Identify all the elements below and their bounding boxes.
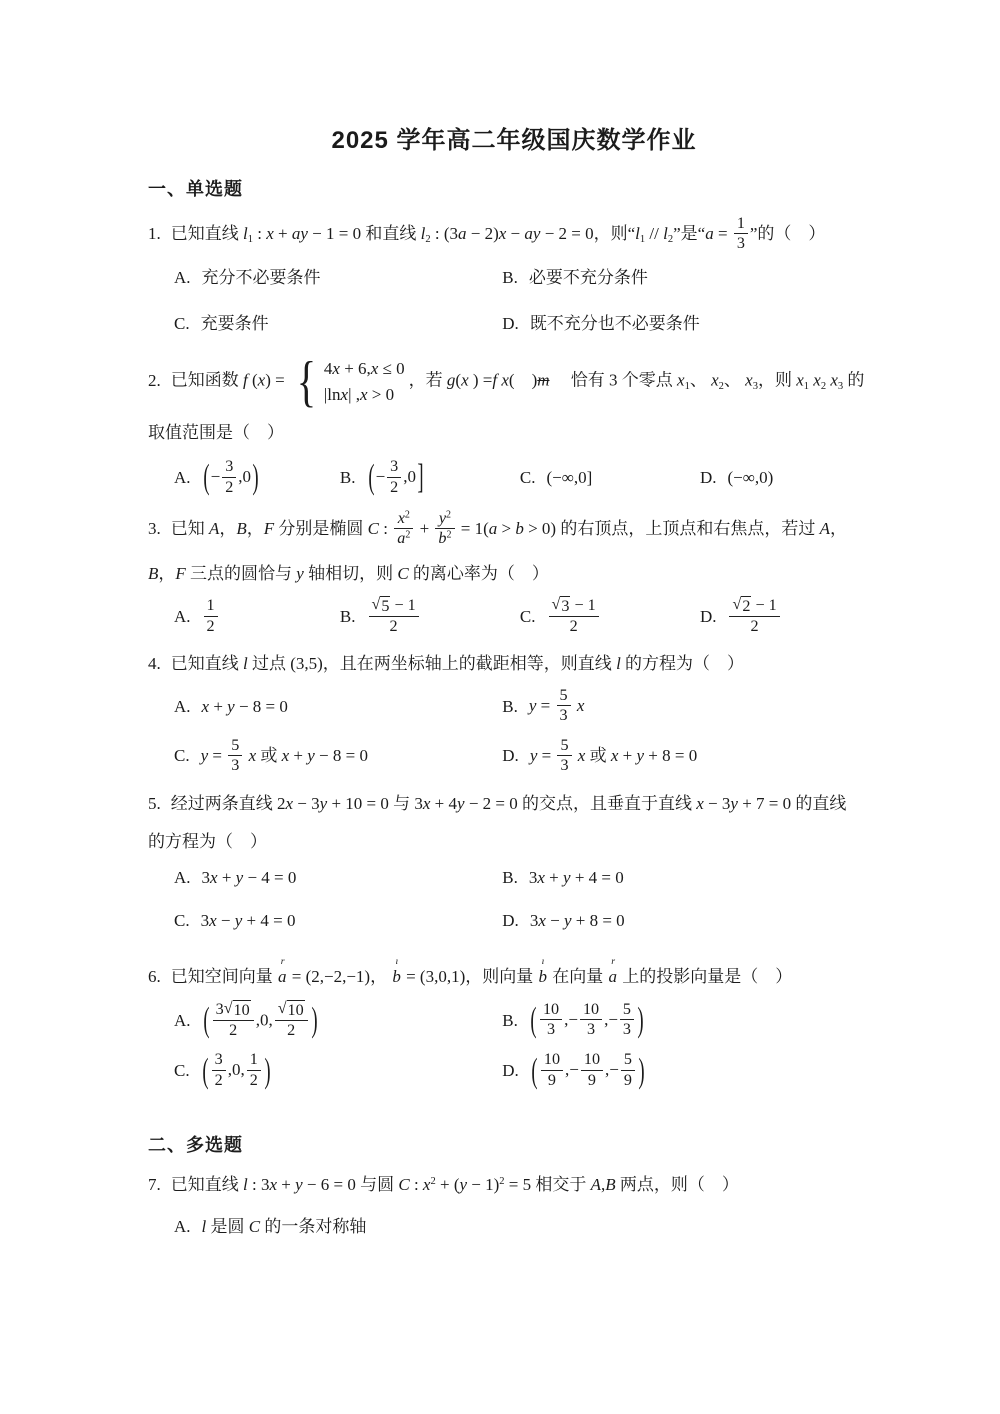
options-group: A.x + y − 8 = 0B.y = 53 xC.y = 53 x 或 x … [148,687,880,777]
option-label: C. [520,604,536,630]
option-content: 3x − y + 4 = 0 [201,908,296,934]
questions-container: 一、单选题1.已知直线 l1 : x + ay − 1 = 0 和直线 l2 :… [148,175,880,1241]
question-stem: 6.已知空间向量 ra = (2,−2,−1)， ıb = (3,0,1)，则向… [148,954,880,990]
fraction: 109 [581,1050,603,1090]
option-label: D. [700,465,717,491]
section-heading-2: 二、多选题 [148,1131,880,1157]
fraction: √102 [275,1000,308,1041]
option-label: D. [700,604,717,630]
question-stem: 2.已知函数 f (x) = {4x + 6,x ≤ 0|lnx| ,x > 0… [148,357,880,407]
radical: √3 [552,596,571,616]
option-content: x + y − 8 = 0 [202,694,288,720]
fraction: 12 [247,1050,261,1090]
fraction: y2b2 [435,509,454,549]
question-stem: 7.已知直线 l : 3x + y − 6 = 0 与圆 C : x2 + (y… [148,1171,880,1198]
options-group: A.3x + y − 4 = 0B.3x + y + 4 = 0C.3x − y… [148,865,880,935]
piecewise-brace: {4x + 6,x ≤ 0|lnx| ,x > 0 [293,357,405,407]
option-content: 12 [202,597,220,637]
options-group: A.12B.√5 − 12C.√3 − 12D.√2 − 12 [148,597,880,638]
option-C: C.(32,0,12) [174,1051,502,1091]
option-A: A.3x + y − 4 = 0 [174,865,502,891]
option-D: D.y = 53 x 或 x + y + 8 = 0 [502,737,880,777]
option-B: B.3x + y + 4 = 0 [502,865,880,891]
vector-arrow: ra [278,963,287,990]
option-A: A.x + y − 8 = 0 [174,694,502,720]
question-q4: 4.已知直线 l 过点 (3,5)，且在两坐标轴上的截距相等，则直线 l 的方程… [148,650,880,777]
fraction: √2 − 12 [729,596,779,637]
fraction: 12 [204,596,218,636]
question-stem: 4.已知直线 l 过点 (3,5)，且在两坐标轴上的截距相等，则直线 l 的方程… [148,650,880,677]
option-label: A. [174,1214,191,1240]
option-label: C. [174,908,190,934]
option-A: A.(3√102,0,√102) [174,1001,502,1042]
option-label: C. [174,743,190,769]
option-label: A. [174,1008,191,1034]
option-C: C.(−∞,0] [520,465,700,491]
question-stem: 取值范围是（ ） [148,419,880,446]
question-stem: 1.已知直线 l1 : x + ay − 1 = 0 和直线 l2 : (3a … [148,215,880,255]
options-group: A.(3√102,0,√102)B.(103,−103,−53)C.(32,0,… [148,1001,880,1092]
option-label: A. [174,465,191,491]
question-number: 6. [148,967,161,986]
question-number: 2. [148,371,161,390]
radical: √5 [372,596,391,616]
option-content: y = 53 x 或 x + y − 8 = 0 [201,737,368,777]
option-content: (−32,0) [202,458,261,498]
option-D: D.(109,−109,−59) [502,1051,880,1091]
option-A: A.l 是圆 C 的一条对称轴 [174,1214,880,1240]
option-content: √3 − 12 [547,597,601,638]
option-content: (−∞,0) [727,465,773,491]
option-label: D. [502,743,519,769]
fraction: 109 [541,1050,563,1090]
option-B: B.必要不充分条件 [502,265,880,291]
fraction: 103 [540,1000,562,1040]
vector-arrow: ra [609,963,618,990]
option-D: D.√2 − 12 [700,597,880,638]
question-number: 1. [148,224,161,243]
option-B: B.y = 53 x [502,687,880,727]
option-label: B. [340,465,356,491]
question-stem: B，F 三点的圆恰与 y 轴相切，则 C 的离心率为（ ） [148,560,880,587]
option-content: y = 53 x 或 x + y + 8 = 0 [530,737,697,777]
options-group: A.(−32,0)B.(−32,0]C.(−∞,0]D.(−∞,0) [148,458,880,498]
fraction: √3 − 12 [549,596,599,637]
option-label: A. [174,265,191,291]
option-label: D. [502,908,519,934]
option-C: C.3x − y + 4 = 0 [174,908,502,934]
option-content: (109,−109,−59) [530,1051,646,1091]
options-group: A.充分不必要条件B.必要不充分条件C.充要条件D.既不充分也不必要条件 [148,265,880,338]
fraction: 53 [620,1000,634,1040]
fraction: 59 [621,1050,635,1090]
question-q5: 5.经过两条直线 2x − 3y + 10 = 0 与 3x + 4y − 2 … [148,790,880,934]
fraction: 53 [557,736,571,776]
option-label: D. [502,1058,519,1084]
option-D: D.3x − y + 8 = 0 [502,908,880,934]
vector-arrow: ıb [392,963,401,990]
option-label: D. [502,311,519,337]
option-label: A. [174,694,191,720]
question-q6: 6.已知空间向量 ra = (2,−2,−1)， ıb = (3,0,1)，则向… [148,954,880,1091]
question-q1: 1.已知直线 l1 : x + ay − 1 = 0 和直线 l2 : (3a … [148,215,880,337]
option-C: C.√3 − 12 [520,597,700,638]
option-content: (32,0,12) [201,1051,272,1091]
option-B: B.(−32,0] [340,458,520,498]
option-content: (103,−103,−53) [529,1001,645,1041]
option-label: A. [174,604,191,630]
fraction: 32 [222,457,236,497]
fraction: 103 [580,1000,602,1040]
option-B: B.√5 − 12 [340,597,520,638]
option-label: B. [502,694,518,720]
fraction: 53 [557,686,571,726]
option-content: 充分不必要条件 [202,265,321,291]
option-content: l 是圆 C 的一条对称轴 [202,1214,367,1240]
radical: √10 [224,1000,251,1020]
option-B: B.(103,−103,−53) [502,1001,880,1041]
fraction: 3√102 [213,1000,254,1041]
option-C: C.y = 53 x 或 x + y − 8 = 0 [174,737,502,777]
fraction: 53 [228,736,242,776]
option-D: D.(−∞,0) [700,465,880,491]
question-q2: 2.已知函数 f (x) = {4x + 6,x ≤ 0|lnx| ,x > 0… [148,357,880,498]
radical: √2 [732,596,751,616]
option-label: B. [502,865,518,891]
option-A: A.12 [174,597,340,637]
question-q7: 7.已知直线 l : 3x + y − 6 = 0 与圆 C : x2 + (y… [148,1171,880,1241]
question-stem: 5.经过两条直线 2x − 3y + 10 = 0 与 3x + 4y − 2 … [148,790,880,817]
option-C: C.充要条件 [174,311,502,337]
option-content: 既不充分也不必要条件 [530,311,700,337]
option-label: B. [502,265,518,291]
page-title: 2025 学年高二年级国庆数学作业 [148,120,880,155]
question-stem: 3.已知 A，B，F 分别是椭圆 C : x2a2 + y2b2 = 1(a >… [148,510,880,550]
fraction: 32 [387,457,401,497]
fraction: x2a2 [394,509,413,549]
question-q3: 3.已知 A，B，F 分别是椭圆 C : x2a2 + y2b2 = 1(a >… [148,510,880,638]
option-content: 3x + y + 4 = 0 [529,865,624,891]
option-label: C. [520,465,536,491]
question-number: 3. [148,519,161,538]
option-content: y = 53 x [529,687,585,727]
question-number: 7. [148,1175,161,1194]
option-content: √5 − 12 [367,597,421,638]
option-content: 3x + y − 4 = 0 [202,865,297,891]
fraction: 32 [212,1050,226,1090]
question-stem: 的方程为（ ） [148,828,880,855]
option-content: 必要不充分条件 [529,265,648,291]
fraction: 13 [734,214,748,254]
question-number: 4. [148,654,161,673]
option-A: A.(−32,0) [174,458,340,498]
option-label: B. [502,1008,518,1034]
fraction: √5 − 12 [369,596,419,637]
option-A: A.充分不必要条件 [174,265,502,291]
option-label: B. [340,604,356,630]
option-content: √2 − 12 [727,597,781,638]
section-heading-1: 一、单选题 [148,175,880,201]
worksheet-page: 2025 学年高二年级国庆数学作业 一、单选题1.已知直线 l1 : x + a… [0,0,1000,1241]
vector-arrow: ıb [539,963,548,990]
option-label: C. [174,1058,190,1084]
option-content: (−∞,0] [547,465,593,491]
option-content: (3√102,0,√102) [202,1001,319,1042]
option-content: 3x − y + 8 = 0 [530,908,625,934]
option-label: A. [174,865,191,891]
option-D: D.既不充分也不必要条件 [502,311,880,337]
option-label: C. [174,311,190,337]
option-content: 充要条件 [201,311,269,337]
option-content: (−32,0] [367,458,426,498]
question-number: 5. [148,794,161,813]
options-group: A.l 是圆 C 的一条对称轴 [148,1214,880,1240]
radical: √10 [278,1000,305,1020]
